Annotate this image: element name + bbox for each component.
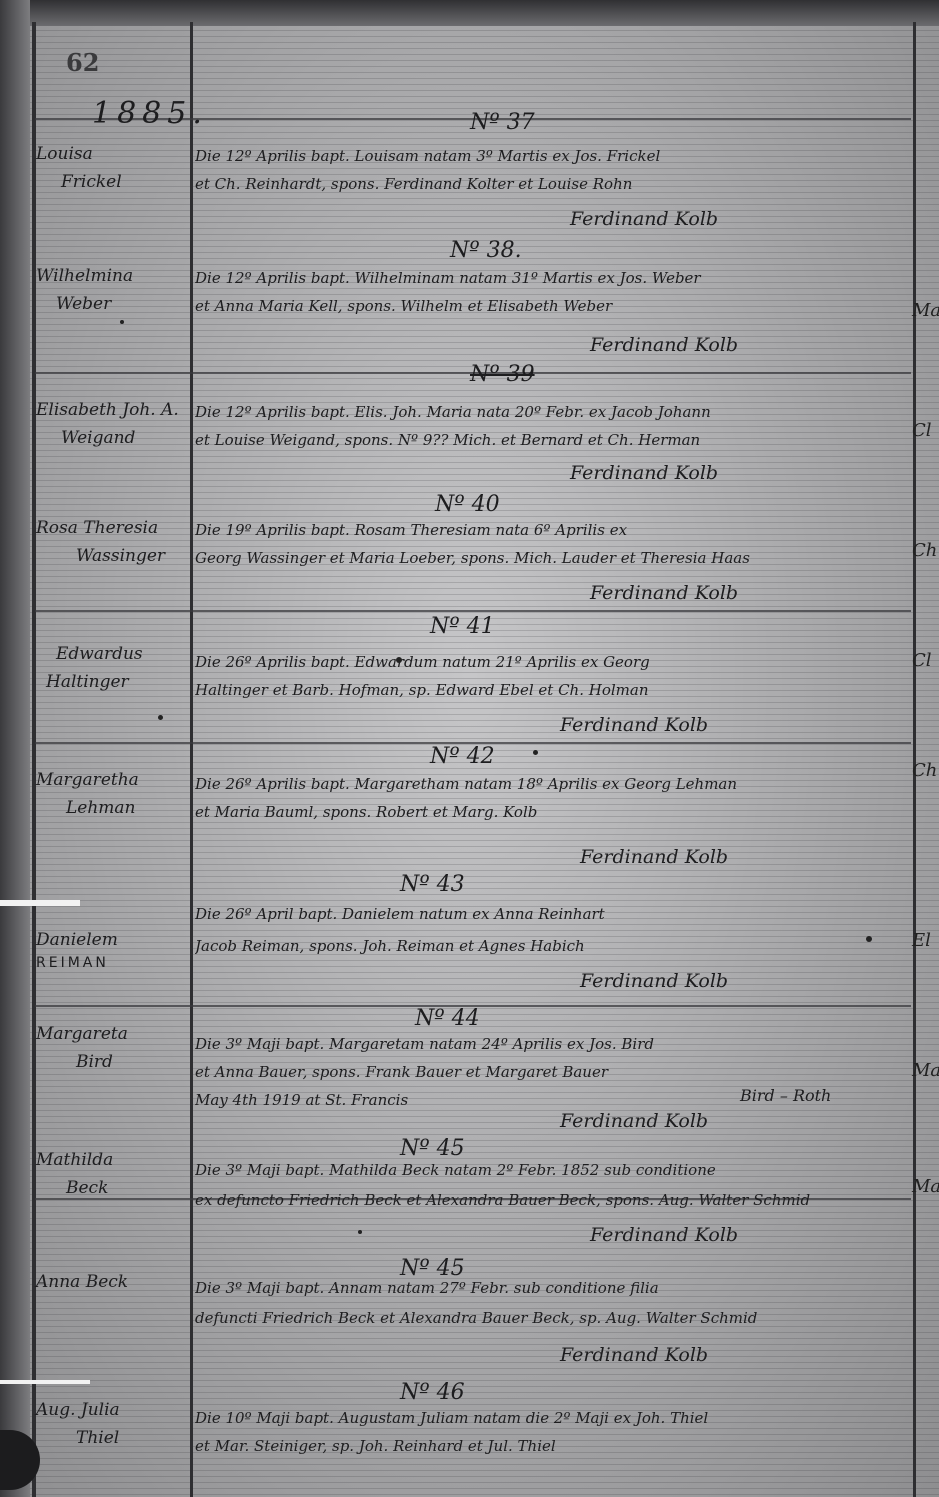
marriage-note: May 4th 1919 at St. Francis [195,1086,445,1114]
ink-speck [120,320,124,324]
priest-signature: Ferdinand Kolb [590,582,738,604]
facing-page-fragment: Cl [912,650,932,671]
entry-text-line: et Anna Maria Kell, spons. Wilhelm et El… [195,292,875,320]
given-name: Elisabeth Joh. A. [36,396,186,424]
entry-name-margin: Margaretha Lehman [36,766,186,822]
priest-signature: Ferdinand Kolb [590,1224,738,1246]
entry-text-line: Die 3º Maji bapt. Margaretam natam 24º A… [195,1030,875,1058]
ink-speck [358,1230,362,1234]
given-name: Edwardus [36,640,186,668]
entry-text-line: Die 3º Maji bapt. Mathilda Beck natam 2º… [195,1156,875,1184]
marginal-annotation: Bird – Roth [740,1086,831,1105]
entry-text-line: Die 3º Maji bapt. Annam natam 27º Febr. … [195,1274,875,1302]
facing-page-fragment: Ma [912,1060,939,1081]
scanned-register-page: 62 1885. Nº 37 Louisa Frickel Die 12º Ap… [0,0,939,1497]
page-number: 62 [66,48,99,77]
priest-signature: Ferdinand Kolb [570,208,718,230]
entry-number: Nº 39 [470,362,535,387]
facing-page-fragment: Ch [912,540,937,561]
facing-page-fragment: Ch [912,760,937,781]
entry-name-margin: Elisabeth Joh. A. Weigand [36,396,186,452]
given-name: Wilhelmina [36,262,186,290]
entry-name-margin: Aug. Julia Thiel [36,1396,186,1452]
entry-text-line: Georg Wassinger et Maria Loeber, spons. … [195,544,875,572]
facing-page-fragment: Ma [912,1176,939,1197]
entry-number: Nº 41 [430,614,495,639]
entry-name-margin: Edwardus Haltinger [36,640,186,696]
surname-annotation: REIMAN [36,954,186,972]
surname: Haltinger [36,668,186,696]
entry-text-line: Die 26º Aprilis bapt. Margaretham natam … [195,770,875,798]
surname: Thiel [36,1424,186,1452]
given-name: Anna Beck [36,1268,186,1296]
entry-name-margin: Rosa Theresia Wassinger [36,514,186,570]
entry-number: Nº 37 [470,110,535,135]
surname: Lehman [36,794,186,822]
ink-speck [533,750,538,755]
entry-text-line: Haltinger et Barb. Hofman, sp. Edward Eb… [195,676,875,704]
surname: Beck [36,1174,186,1202]
given-name: Rosa Theresia [36,514,186,542]
priest-signature: Ferdinand Kolb [580,970,728,992]
entry-number: Nº 43 [400,872,465,897]
entry-text-line: Die 26º Aprilis bapt. Edwardum natum 21º… [195,648,875,676]
given-name: Louisa [36,140,186,168]
entry-text-line: Die 26º April bapt. Danielem natum ex An… [195,900,875,928]
given-name: Mathilda [36,1146,186,1174]
entry-number: Nº 46 [400,1380,465,1405]
scan-left-shadow [0,0,30,1497]
entry-text-line: Die 12º Aprilis bapt. Louisam natam 3º M… [195,142,875,170]
priest-signature: Ferdinand Kolb [560,1344,708,1366]
entry-text-line: ex defuncto Friedrich Beck et Alexandra … [195,1186,875,1214]
tape-mark [0,900,80,906]
ink-speck [866,936,872,942]
entry-name-margin: Anna Beck [36,1268,186,1296]
entry-number: Nº 38. [450,238,522,263]
facing-page-fragment: El [912,930,931,951]
facing-page-fragment: Cl [912,420,932,441]
priest-signature: Ferdinand Kolb [570,462,718,484]
tape-mark [0,1380,90,1384]
entry-number: Nº 42 [430,744,495,769]
entry-name-margin: Danielem REIMAN [36,926,186,972]
entry-text-line: Die 19º Aprilis bapt. Rosam Theresiam na… [195,516,875,544]
scan-top-shadow [0,0,939,26]
priest-signature: Ferdinand Kolb [590,334,738,356]
entry-name-margin: Louisa Frickel [36,140,186,196]
surname: Wassinger [36,542,186,570]
ink-speck [158,715,163,720]
entry-number: Nº 44 [415,1006,480,1031]
entry-number: Nº 40 [435,492,500,517]
surname: Weigand [36,424,186,452]
entry-text-line: Die 10º Maji bapt. Augustam Juliam natam… [195,1404,875,1432]
surname: Weber [36,290,186,318]
entry-text-line: et Ch. Reinhardt, spons. Ferdinand Kolte… [195,170,875,198]
ink-speck [396,657,402,663]
entry-text-line: et Maria Bauml, spons. Robert et Marg. K… [195,798,875,826]
entry-text-line: Die 12º Aprilis bapt. Elis. Joh. Maria n… [195,398,875,426]
entry-text-line: et Mar. Steiniger, sp. Joh. Reinhard et … [195,1432,875,1460]
entry-text-line: et Louise Weigand, spons. Nº 9?? Mich. e… [195,426,875,454]
given-name: Margareta [36,1020,186,1048]
priest-signature: Ferdinand Kolb [560,714,708,736]
entry-name-margin: Margareta Bird [36,1020,186,1076]
surname: Frickel [36,168,186,196]
entry-text-line: Die 12º Aprilis bapt. Wilhelminam natam … [195,264,875,292]
entry-text-line: et Anna Bauer, spons. Frank Bauer et Mar… [195,1058,875,1086]
ledger-rule [35,610,911,612]
register-year: 1885. [92,96,208,131]
name-column-rule [190,22,193,1497]
facing-page-fragment: Ma [912,300,939,321]
entry-name-margin: Mathilda Beck [36,1146,186,1202]
given-name: Aug. Julia [36,1396,186,1424]
given-name: Margaretha [36,766,186,794]
entry-name-margin: Wilhelmina Weber [36,262,186,318]
priest-signature: Ferdinand Kolb [580,846,728,868]
surname: Bird [36,1048,186,1076]
given-name: Danielem [36,926,186,954]
entry-text-line: defuncti Friedrich Beck et Alexandra Bau… [195,1304,875,1332]
priest-signature: Ferdinand Kolb [560,1110,708,1132]
entry-text-line: Jacob Reiman, spons. Joh. Reiman et Agne… [195,932,875,960]
